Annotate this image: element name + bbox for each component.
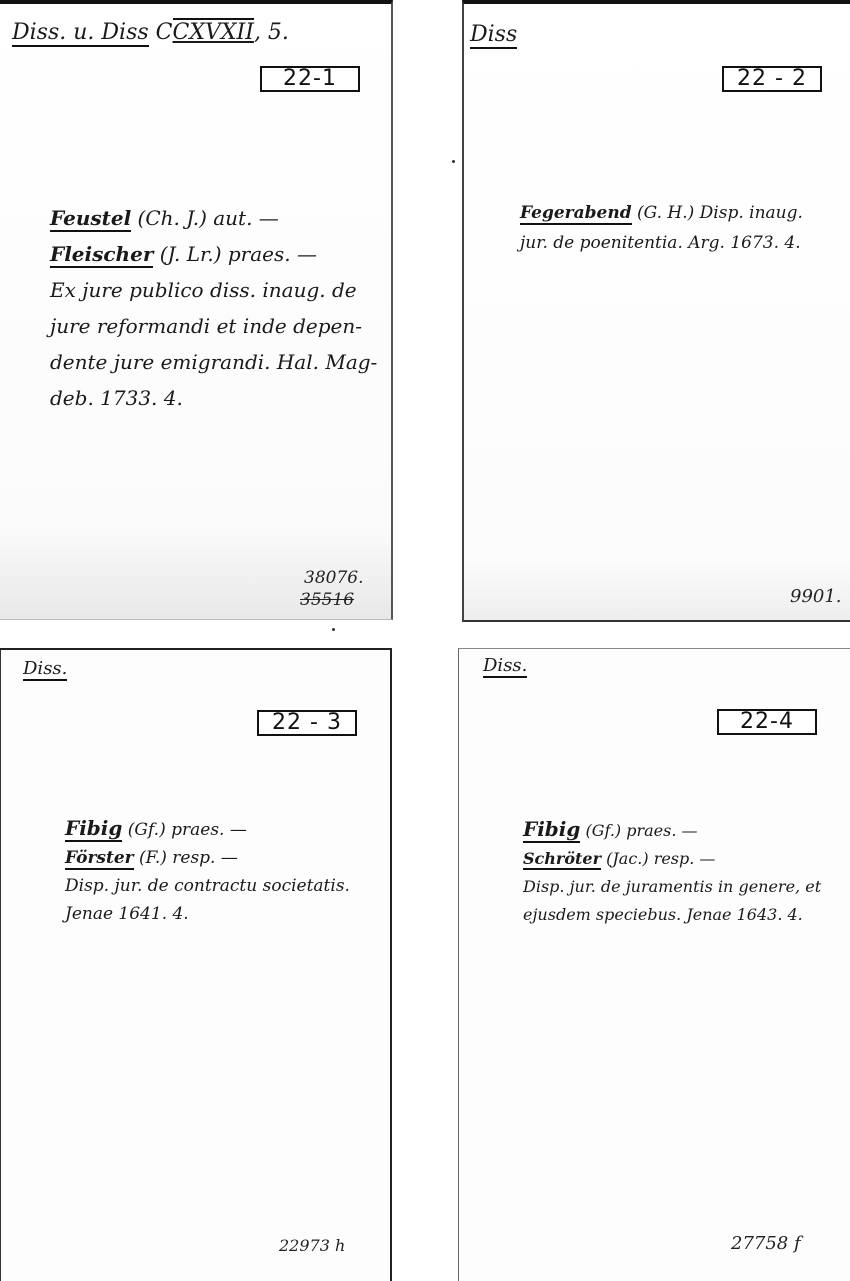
entry-line: Feustel (Ch. J.) aut. — (50, 200, 377, 236)
shelfmark-roman: CXVXII (173, 18, 254, 45)
entry-line: Fegerabend (G. H.) Disp. inaug. (520, 198, 803, 228)
entry-text: (G. H.) Disp. inaug. (632, 203, 803, 223)
accession-number: 27758 f (731, 1233, 801, 1254)
bibliographic-entry: Fibig (Gf.) praes. — Schröter (Jac.) res… (523, 815, 821, 929)
speck (332, 628, 335, 631)
catalog-card-22-4: Diss. 22-4 Fibig (Gf.) praes. — Schröter… (458, 648, 850, 1281)
shelfmark: Diss. (483, 655, 527, 676)
entry-text: (Gf.) praes. — (580, 821, 697, 840)
praeses-name: Fleischer (50, 242, 153, 268)
call-number-box: 22-4 (717, 709, 817, 735)
bibliographic-entry: Feustel (Ch. J.) aut. — Fleischer (J. Lr… (50, 200, 377, 416)
entry-text: (F.) resp. — (134, 848, 238, 868)
shelfmark: Diss (470, 22, 517, 47)
catalog-card-22-2: Diss 22 - 2 Fegerabend (G. H.) Disp. ina… (462, 0, 850, 622)
shelfmark-prefix: Diss (470, 22, 517, 49)
shelfmark-suffix: , 5. (254, 20, 289, 45)
entry-line: Fleischer (J. Lr.) praes. — (50, 236, 377, 272)
entry-line: Ex jure publico diss. inaug. de (50, 272, 377, 308)
entry-line: Jenae 1641. 4. (65, 900, 350, 928)
entry-line: Disp. jur. de contractu societatis. (65, 872, 350, 900)
catalog-card-22-1: Diss. u. Diss CCXVXII, 5. 22-1 Feustel (… (0, 0, 393, 620)
accession-number: 9901. (790, 586, 842, 607)
catalog-card-22-3: Diss. 22 - 3 Fibig (Gf.) praes. — Förste… (0, 648, 392, 1281)
entry-line: Fibig (Gf.) praes. — (523, 815, 821, 845)
entry-line: Förster (F.) resp. — (65, 844, 350, 872)
shelfmark-prefix: Diss. (23, 658, 67, 681)
entry-text: (Ch. J.) aut. — (131, 206, 279, 230)
entry-line: dente jure emigrandi. Hal. Mag- (50, 344, 377, 380)
respondent-name: Förster (65, 848, 134, 870)
entry-text: (J. Lr.) praes. — (153, 242, 317, 266)
speck (452, 160, 455, 163)
respondent-name: Schröter (523, 849, 601, 870)
bibliographic-entry: Fibig (Gf.) praes. — Förster (F.) resp. … (65, 814, 350, 928)
entry-text: (Gf.) praes. — (122, 820, 246, 840)
call-number-box: 22-1 (260, 66, 360, 92)
call-number-box: 22 - 2 (722, 66, 822, 92)
entry-text: (Jac.) resp. — (601, 849, 715, 868)
entry-line: jure reformandi et inde depen- (50, 308, 377, 344)
call-number-box: 22 - 3 (257, 710, 357, 736)
shelfmark-prefix: Diss. (483, 655, 527, 678)
entry-line: jur. de poenitentia. Arg. 1673. 4. (520, 228, 803, 258)
shelfmark-prefix: Diss. u. Diss (12, 20, 149, 47)
accession-number-struck: 35516 (300, 590, 354, 610)
shelfmark-c: C (156, 20, 173, 45)
accession-number: 22973 h (279, 1236, 345, 1255)
entry-line: ejusdem speciebus. Jenae 1643. 4. (523, 901, 821, 929)
shelfmark: Diss. (23, 658, 67, 679)
bibliographic-entry: Fegerabend (G. H.) Disp. inaug. jur. de … (520, 198, 803, 258)
entry-line: Schröter (Jac.) resp. — (523, 845, 821, 873)
entry-line: Fibig (Gf.) praes. — (65, 814, 350, 844)
author-name: Fegerabend (520, 203, 632, 225)
entry-line: deb. 1733. 4. (50, 380, 377, 416)
accession-number: 38076. (304, 568, 363, 588)
entry-line: Disp. jur. de juramentis in genere, et (523, 873, 821, 901)
praeses-name: Fibig (523, 817, 580, 843)
author-name: Feustel (50, 206, 131, 232)
shelfmark: Diss. u. Diss CCXVXII, 5. (12, 20, 289, 45)
praeses-name: Fibig (65, 816, 122, 842)
